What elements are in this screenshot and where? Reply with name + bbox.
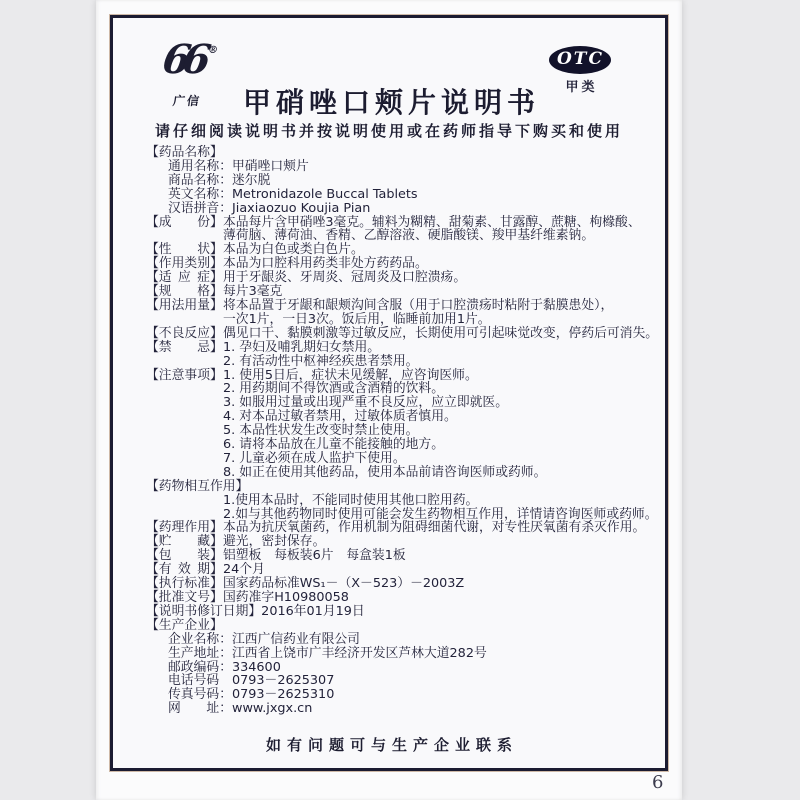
spec-label: 【包 装】 [146, 549, 223, 563]
spec-row-contraindications-2: 2. 有活动性中枢神经疾患者禁用。 [146, 355, 663, 369]
spec-label: 【规 格】 [146, 285, 223, 299]
spec-text [223, 619, 663, 633]
spec-label: 【用法用量】 [146, 299, 223, 313]
spec-row-english-name: 英文名称：Metronidazole Buccal Tablets [146, 188, 663, 202]
spec-text: 英文名称：Metronidazole Buccal Tablets [168, 188, 663, 202]
otc-icon: OTC [549, 46, 611, 74]
spec-label: 【成 份】 [146, 216, 223, 230]
spec-text: 生产地址：江西省上饶市广丰经济开发区芦林大道282号 [168, 647, 663, 661]
spec-label: 【药品名称】 [146, 146, 223, 160]
spec-row-drug-interactions: 【药物相互作用】 [146, 480, 663, 494]
spec-text: 一次1片，一日3次。饭后用，临睡前加用1片。 [223, 313, 663, 327]
spec-row-dosage: 【用法用量】将本品置于牙龈和龈颊沟间含服（用于口腔溃疡时粘附于黏膜患处）， [146, 299, 663, 313]
spec-text: 每片3毫克 [223, 285, 663, 299]
spec-row-company-name: 企业名称：江西广信药业有限公司 [146, 633, 663, 647]
page-number: 6 [652, 772, 663, 793]
spec-label: 【禁 忌】 [146, 341, 223, 355]
spec-list: 【药品名称】 通用名称：甲硝唑口颊片 商品名称：迷尔脱 英文名称：Metroni… [146, 146, 663, 716]
spec-row-pinyin: 汉语拼音：Jiaxiaozuo Koujia Pian [146, 202, 663, 216]
spec-row-precautions-6: 6. 请将本品放在儿童不能接触的地方。 [146, 438, 663, 452]
spec-label: 【生产企业】 [146, 619, 223, 633]
spec-row-fax: 传真号码：0793－2625310 [146, 688, 663, 702]
spec-row-approval-number: 【批准文号】国药准字H10980058 [146, 591, 663, 605]
spec-row-contraindications: 【禁 忌】1. 孕妇及哺乳期妇女禁用。 [146, 341, 663, 355]
spec-text: 7. 儿童必须在成人监护下使用。 [223, 452, 663, 466]
contact-note: 如有问题可与生产企业联系 [113, 734, 665, 755]
spec-text: 6. 请将本品放在儿童不能接触的地方。 [223, 438, 663, 452]
spec-row-phone: 电话号码 0793－2625307 [146, 674, 663, 688]
logo-glyph: 66 [160, 36, 206, 83]
spec-row-indications: 【适 应 症】用于牙龈炎、牙周炎、冠周炎及口腔溃疡。 [146, 271, 663, 285]
spec-text: 偶见口干、黏膜刺激等过敏反应，长期使用可引起味觉改变，停药后可消失。 [223, 327, 663, 341]
leaflet-border-frame: 66® 广信 OTC 甲类 甲硝唑口颊片说明书 请仔细阅读说明书并按说明使用或在… [110, 15, 668, 771]
spec-row-standard: 【执行标准】国家药品标准WS₁－（X－523）－2003Z [146, 577, 663, 591]
spec-text: 企业名称：江西广信药业有限公司 [168, 633, 663, 647]
spec-row-trade-name: 商品名称：迷尔脱 [146, 174, 663, 188]
spec-row-precautions-8: 8. 如正在使用其他药品，使用本品前请咨询医师或药师。 [146, 466, 663, 480]
spec-text: 24个月 [223, 563, 663, 577]
spec-row-manufacturer: 【生产企业】 [146, 619, 663, 633]
spec-row-interactions-1: 1.使用本品时，不能同时使用其他口腔用药。 [146, 494, 663, 508]
registered-trademark-icon: ® [207, 45, 219, 56]
spec-row-website: 网 址：www.jxgx.cn [146, 702, 663, 716]
spec-row-dosage-cont: 一次1片，一日3次。饭后用，临睡前加用1片。 [146, 313, 663, 327]
spec-label: 【执行标准】 [146, 577, 223, 591]
spec-text: 1. 孕妇及哺乳期妇女禁用。 [223, 341, 663, 355]
spec-text: 电话号码 0793－2625307 [168, 674, 663, 688]
spec-text [248, 480, 663, 494]
spec-label: 【不良反应】 [146, 327, 223, 341]
spec-row-revision-date: 【说明书修订日期】2016年01月19日 [146, 605, 663, 619]
page-subtitle: 请仔细阅读说明书并按说明使用或在药师指导下购买和使用 [113, 120, 665, 141]
spec-text: 铝塑板 每板装6片 每盒装1板 [223, 549, 663, 563]
spec-text: 2016年01月19日 [261, 605, 663, 619]
spec-text: 5. 本品性状发生改变时禁止使用。 [223, 424, 663, 438]
spec-row-precautions-5: 5. 本品性状发生改变时禁止使用。 [146, 424, 663, 438]
leaflet-page: 66® 广信 OTC 甲类 甲硝唑口颊片说明书 请仔细阅读说明书并按说明使用或在… [96, 0, 682, 800]
spec-text: 汉语拼音：Jiaxiaozuo Koujia Pian [168, 202, 663, 216]
spec-row-adverse-reactions: 【不良反应】偶见口干、黏膜刺激等过敏反应，长期使用可引起味觉改变，停药后可消失。 [146, 327, 663, 341]
spec-label: 【有 效 期】 [146, 563, 223, 577]
spec-label: 【药物相互作用】 [146, 480, 248, 494]
spec-text: 网 址：www.jxgx.cn [168, 702, 663, 716]
spec-label: 【注意事项】 [146, 369, 223, 383]
spec-text: 国药准字H10980058 [223, 591, 663, 605]
spec-text [223, 146, 663, 160]
spec-row-address: 生产地址：江西省上饶市广丰经济开发区芦林大道282号 [146, 647, 663, 661]
spec-text: 2. 有活动性中枢神经疾患者禁用。 [223, 355, 663, 369]
spec-text: 8. 如正在使用其他药品，使用本品前请咨询医师或药师。 [223, 466, 663, 480]
spec-row-strength: 【规 格】每片3毫克 [146, 285, 663, 299]
page-title: 甲硝唑口颊片说明书 [113, 81, 665, 121]
spec-text: 国家药品标准WS₁－（X－523）－2003Z [223, 577, 663, 591]
spec-row-drug-name: 【药品名称】 [146, 146, 663, 160]
spec-row-generic-name: 通用名称：甲硝唑口颊片 [146, 160, 663, 174]
spec-row-precautions-7: 7. 儿童必须在成人监护下使用。 [146, 452, 663, 466]
spec-row-shelf-life: 【有 效 期】24个月 [146, 563, 663, 577]
spec-text: 1.使用本品时，不能同时使用其他口腔用药。 [223, 494, 663, 508]
spec-label: 【批准文号】 [146, 591, 223, 605]
spec-text: 传真号码：0793－2625310 [168, 688, 663, 702]
spec-text: 将本品置于牙龈和龈颊沟间含服（用于口腔溃疡时粘附于黏膜患处）， [223, 299, 663, 313]
spec-label: 【适 应 症】 [146, 271, 223, 285]
spec-text: 用于牙龈炎、牙周炎、冠周炎及口腔溃疡。 [223, 271, 663, 285]
spec-text: 商品名称：迷尔脱 [168, 174, 663, 188]
spec-text: 通用名称：甲硝唑口颊片 [168, 160, 663, 174]
spec-label: 【说明书修订日期】 [146, 605, 261, 619]
spec-row-packaging: 【包 装】铝塑板 每板装6片 每盒装1板 [146, 549, 663, 563]
